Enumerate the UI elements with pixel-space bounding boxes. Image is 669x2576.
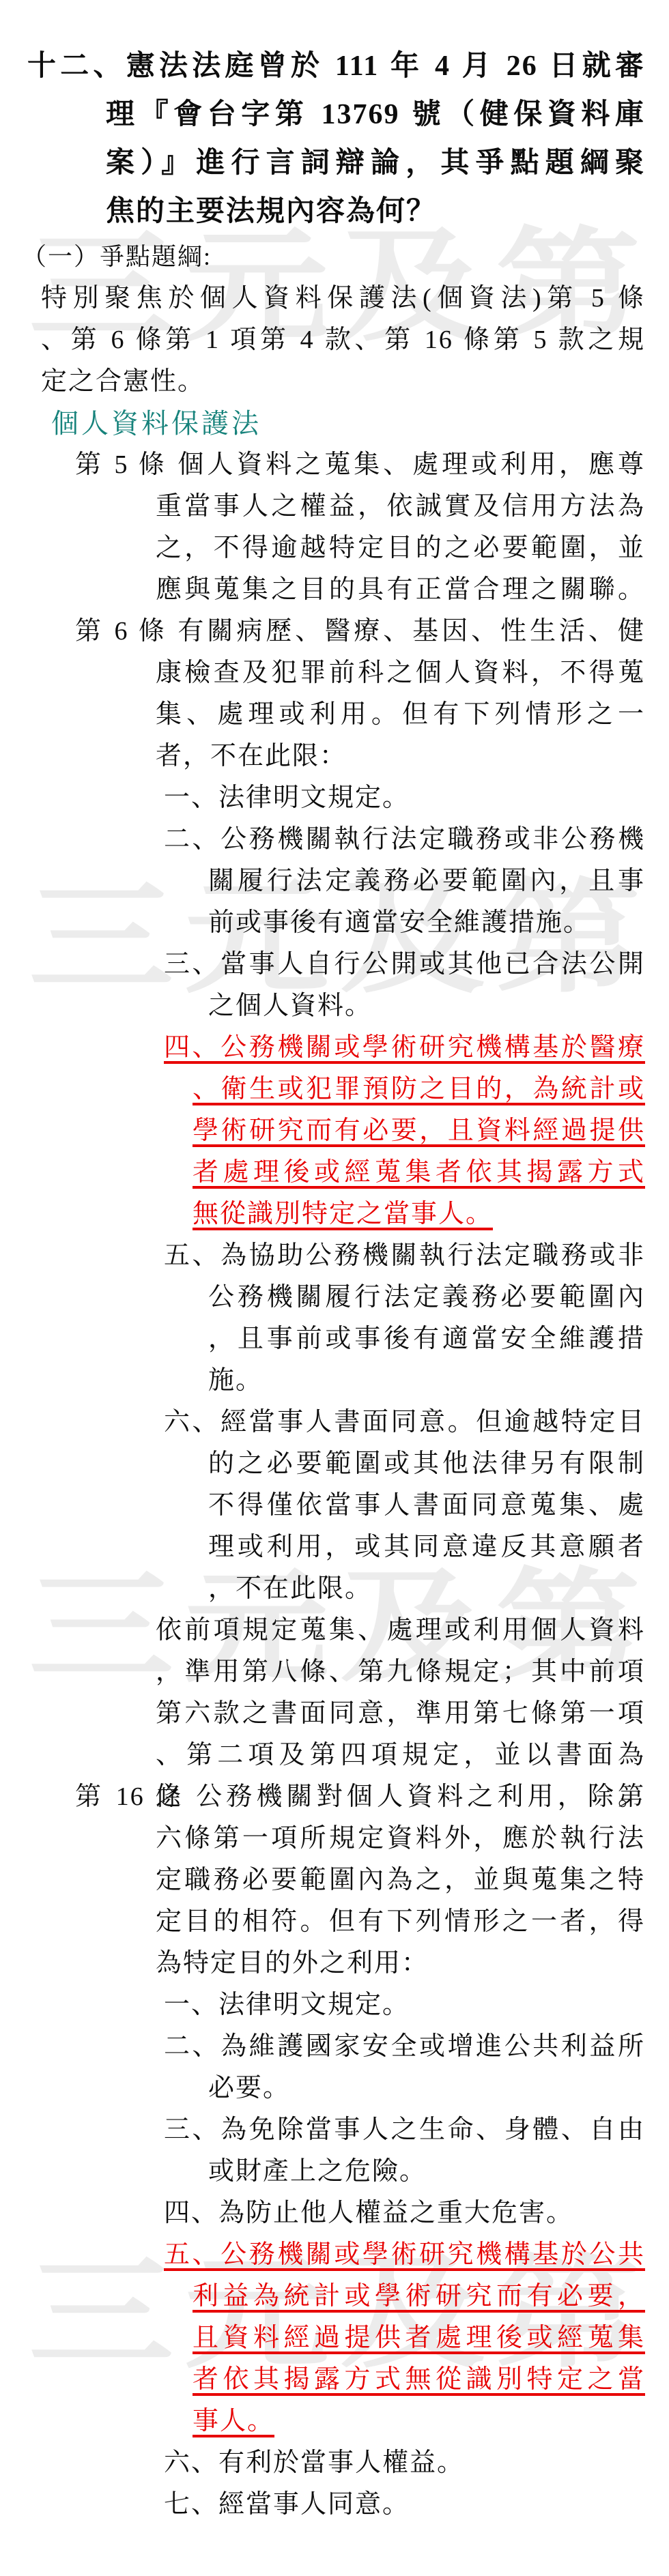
- list-item-continuation-line: 理或利用，或其同意違反其意願者: [0, 1526, 669, 1568]
- highlighted-list-item-line: 五、公務機關或學術研究機構基於公共: [0, 2234, 669, 2276]
- question-title-line: 十二、憲法法庭曾於 111 年 4 月 26 日就審: [0, 42, 669, 91]
- article-text-line: 、第二項及第四項規定，並以書面為之。: [0, 1735, 669, 1776]
- text-layer: 十二、憲法法庭曾於 111 年 4 月 26 日就審理『會台字第 13769 號…: [0, 0, 669, 2526]
- article-text-line: 為特定目的外之利用：: [0, 1943, 669, 1984]
- list-item-line: 四、為防止他人權益之重大危害。: [0, 2193, 669, 2234]
- article-text-line: 康檢查及犯罪前科之個人資料，不得蒐: [0, 652, 669, 694]
- list-item-continuation-line: 前或事後有適當安全維護措施。: [0, 902, 669, 944]
- article-heading-line: 第 6 條 有關病歷、醫療、基因、性生活、健: [0, 611, 669, 652]
- article-text-line: 者，不在此限：: [0, 736, 669, 777]
- article-text-line: 重當事人之權益，依誠實及信用方法為: [0, 486, 669, 527]
- list-item-line: 五、為協助公務機關執行法定職務或非: [0, 1235, 669, 1277]
- list-item-line: 七、經當事人同意。: [0, 2484, 669, 2526]
- law-name-heading: 個人資料保護法: [0, 403, 669, 444]
- highlighted-list-item-continuation-line: 無從識別特定之當事人。: [0, 1193, 669, 1235]
- highlighted-list-item-continuation-line: 利益為統計或學術研究而有必要，: [0, 2276, 669, 2317]
- outline-label: （一）爭點題綱:: [0, 236, 669, 278]
- question-title-line: 理『會台字第 13769 號（健保資料庫: [0, 91, 669, 139]
- list-item-continuation-line: ，不在此限。: [0, 1568, 669, 1610]
- article-text-line: ，準用第八條、第九條規定；其中前項: [0, 1651, 669, 1693]
- article-heading-line: 第 16 條 公務機關對個人資料之利用，除第: [0, 1776, 669, 1818]
- list-item-continuation-line: 的之必要範圍或其他法律另有限制: [0, 1443, 669, 1485]
- article-text-line: 六條第一項所規定資料外，應於執行法: [0, 1818, 669, 1859]
- list-item-continuation-line: 必要。: [0, 2068, 669, 2109]
- list-item-line: 三、為免除當事人之生命、身體、自由: [0, 2109, 669, 2151]
- article-text-line: 定職務必要範圍內為之，並與蒐集之特: [0, 1859, 669, 1901]
- highlighted-list-item-continuation-line: 者處理後或經蒐集者依其揭露方式: [0, 1152, 669, 1193]
- highlighted-list-item-line: 四、公務機關或學術研究機構基於醫療: [0, 1027, 669, 1069]
- question-title-line: 焦的主要法規內容為何？: [0, 188, 669, 236]
- list-item-line: 一、法律明文規定。: [0, 777, 669, 819]
- list-item-line: 三、當事人自行公開或其他已合法公開: [0, 944, 669, 985]
- article-text-line: 第六款之書面同意，準用第七條第一項: [0, 1693, 669, 1735]
- outline-text-line: 定之合憲性。: [0, 361, 669, 403]
- list-item-continuation-line: ，且事前或事後有適當安全維護措: [0, 1318, 669, 1360]
- list-item-continuation-line: 施。: [0, 1360, 669, 1402]
- list-item-line: 六、有利於當事人權益。: [0, 2442, 669, 2484]
- list-item-continuation-line: 之個人資料。: [0, 985, 669, 1027]
- article-text-line: 集、處理或利用。但有下列情形之一: [0, 694, 669, 736]
- list-item-continuation-line: 或財產上之危險。: [0, 2151, 669, 2193]
- article-text-line: 定目的相符。但有下列情形之一者，得: [0, 1901, 669, 1943]
- article-text-line: 應與蒐集之目的具有正當合理之關聯。: [0, 569, 669, 611]
- article-text-line: 之，不得逾越特定目的之必要範圍，並: [0, 527, 669, 569]
- highlighted-list-item-continuation-line: 學術研究而有必要，且資料經過提供: [0, 1110, 669, 1152]
- document-page: 三元及第三元及第三元及第三元及第 十二、憲法法庭曾於 111 年 4 月 26 …: [0, 0, 669, 2576]
- question-title-line: 案）』進行言詞辯論，其爭點題綱聚: [0, 139, 669, 188]
- article-heading-line: 第 5 條 個人資料之蒐集、處理或利用，應尊: [0, 444, 669, 486]
- highlighted-list-item-continuation-line: 、衛生或犯罪預防之目的，為統計或: [0, 1069, 669, 1110]
- list-item-continuation-line: 公務機關履行法定義務必要範圍內: [0, 1277, 669, 1318]
- article-text-line: 依前項規定蒐集、處理或利用個人資料: [0, 1610, 669, 1651]
- highlighted-list-item-continuation-line: 且資料經過提供者處理後或經蒐集: [0, 2317, 669, 2359]
- list-item-line: 二、公務機關執行法定職務或非公務機: [0, 819, 669, 860]
- list-item-line: 六、經當事人書面同意。但逾越特定目: [0, 1402, 669, 1443]
- outline-text-line: 、第 6 條第 1 項第 4 款、第 16 條第 5 款之規: [0, 319, 669, 361]
- highlighted-list-item-continuation-line: 事人。: [0, 2401, 669, 2442]
- list-item-line: 二、為維護國家安全或增進公共利益所: [0, 2026, 669, 2068]
- highlighted-list-item-continuation-line: 者依其揭露方式無從識別特定之當: [0, 2359, 669, 2401]
- outline-text-line: 特別聚焦於個人資料保護法(個資法)第 5 條: [0, 278, 669, 319]
- list-item-continuation-line: 不得僅依當事人書面同意蒐集、處: [0, 1485, 669, 1526]
- list-item-line: 一、法律明文規定。: [0, 1984, 669, 2026]
- list-item-continuation-line: 關履行法定義務必要範圍內，且事: [0, 860, 669, 902]
